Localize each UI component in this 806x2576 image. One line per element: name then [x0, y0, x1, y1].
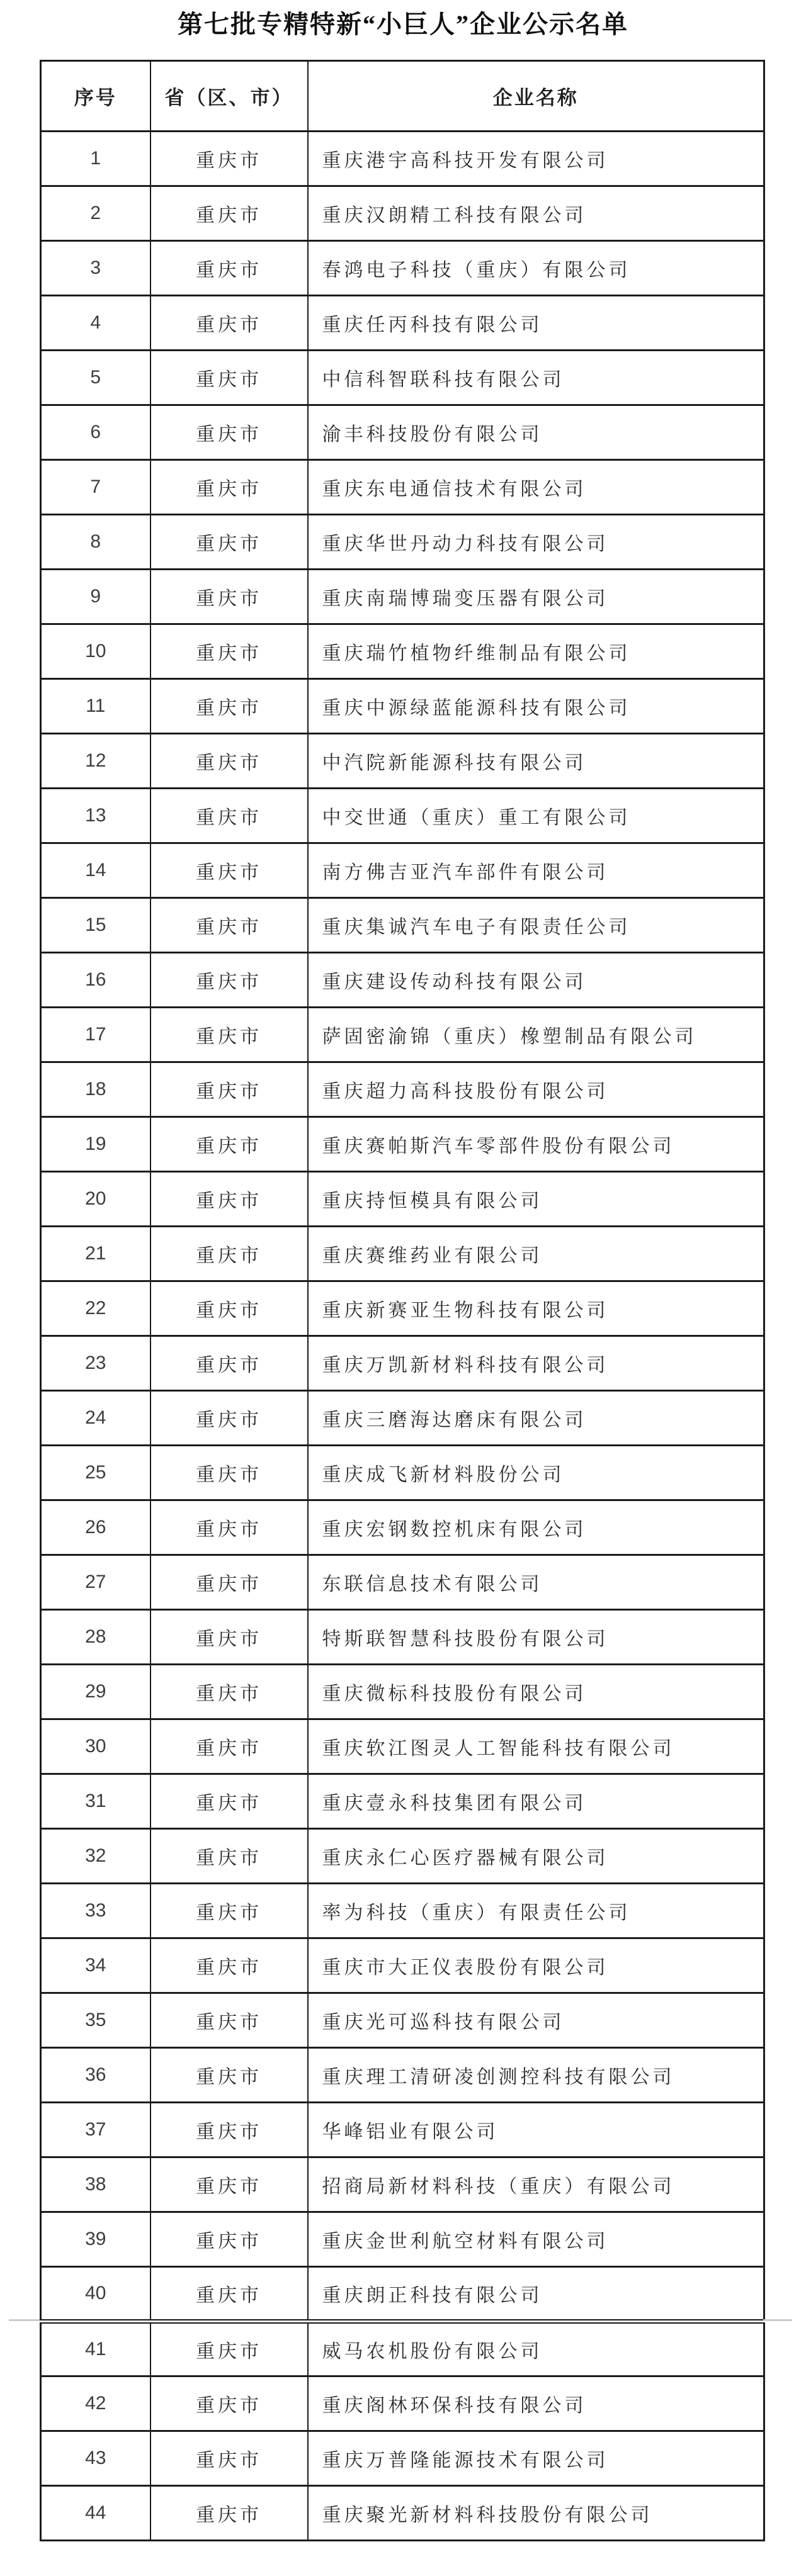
row-index-cell: 23	[41, 1336, 150, 1391]
table-row: 21重庆市重庆赛维药业有限公司	[41, 1227, 764, 1281]
row-index-cell: 26	[41, 1500, 150, 1555]
row-company-cell: 重庆港宇高科技开发有限公司	[308, 132, 764, 186]
row-province-cell: 重庆市	[150, 1117, 308, 1172]
table-row: 17重庆市萨固密渝锦（重庆）橡塑制品有限公司	[41, 1008, 764, 1062]
row-province-cell: 重庆市	[150, 132, 308, 186]
table-row: 43重庆市重庆万普隆能源技术有限公司	[41, 2431, 764, 2486]
row-index-cell: 17	[41, 1008, 150, 1062]
row-index-cell: 29	[41, 1665, 150, 1719]
row-province-cell: 重庆市	[150, 1884, 308, 1938]
row-index-cell: 41	[41, 2322, 150, 2376]
row-province-cell: 重庆市	[150, 2212, 308, 2267]
table-row: 11重庆市重庆中源绿蓝能源科技有限公司	[41, 679, 764, 734]
row-province-cell: 重庆市	[150, 1719, 308, 1774]
company-list-table: 序号 省（区、市） 企业名称 1重庆市重庆港宇高科技开发有限公司2重庆市重庆汉朗…	[40, 60, 765, 2541]
row-index-cell: 18	[41, 1062, 150, 1117]
row-company-cell: 重庆赛维药业有限公司	[308, 1227, 764, 1281]
row-company-cell: 招商局新材料科技（重庆）有限公司	[308, 2157, 764, 2212]
row-province-cell: 重庆市	[150, 1829, 308, 1884]
row-province-cell: 重庆市	[150, 2376, 308, 2431]
table-row: 8重庆市重庆华世丹动力科技有限公司	[41, 515, 764, 570]
row-company-cell: 重庆朗正科技有限公司	[308, 2267, 764, 2322]
row-index-cell: 6	[41, 405, 150, 460]
row-company-cell: 重庆华世丹动力科技有限公司	[308, 515, 764, 570]
row-province-cell: 重庆市	[150, 1008, 308, 1062]
row-province-cell: 重庆市	[150, 1446, 308, 1500]
table-row: 9重庆市重庆南瑞博瑞变压器有限公司	[41, 570, 764, 624]
row-company-cell: 重庆软江图灵人工智能科技有限公司	[308, 1719, 764, 1774]
row-company-cell: 重庆集诚汽车电子有限责任公司	[308, 898, 764, 953]
row-index-cell: 9	[41, 570, 150, 624]
table-row: 25重庆市重庆成飞新材料股份公司	[41, 1446, 764, 1500]
row-index-cell: 21	[41, 1227, 150, 1281]
table-row: 14重庆市南方佛吉亚汽车部件有限公司	[41, 843, 764, 898]
table-row: 44重庆市重庆聚光新材料科技股份有限公司	[41, 2486, 764, 2541]
row-company-cell: 重庆持恒模具有限公司	[308, 1172, 764, 1227]
row-company-cell: 重庆阁林环保科技有限公司	[308, 2376, 764, 2431]
table-row: 36重庆市重庆理工清研凌创测控科技有限公司	[41, 2048, 764, 2103]
table-row: 4重庆市重庆任丙科技有限公司	[41, 296, 764, 351]
row-province-cell: 重庆市	[150, 898, 308, 953]
table-row: 12重庆市中汽院新能源科技有限公司	[41, 734, 764, 789]
table-row: 33重庆市率为科技（重庆）有限责任公司	[41, 1884, 764, 1938]
row-index-cell: 10	[41, 624, 150, 679]
table-row: 20重庆市重庆持恒模具有限公司	[41, 1172, 764, 1227]
row-company-cell: 重庆瑞竹植物纤维制品有限公司	[308, 624, 764, 679]
row-company-cell: 重庆市大正仪表股份有限公司	[308, 1938, 764, 1993]
table-row: 41重庆市威马农机股份有限公司	[41, 2322, 764, 2376]
row-province-cell: 重庆市	[150, 2103, 308, 2157]
table-row: 27重庆市东联信息技术有限公司	[41, 1555, 764, 1610]
row-index-cell: 25	[41, 1446, 150, 1500]
row-company-cell: 东联信息技术有限公司	[308, 1555, 764, 1610]
row-province-cell: 重庆市	[150, 1555, 308, 1610]
row-index-cell: 35	[41, 1993, 150, 2048]
row-province-cell: 重庆市	[150, 624, 308, 679]
row-province-cell: 重庆市	[150, 843, 308, 898]
row-index-cell: 27	[41, 1555, 150, 1610]
table-row: 7重庆市重庆东电通信技术有限公司	[41, 460, 764, 515]
row-province-cell: 重庆市	[150, 460, 308, 515]
row-index-cell: 11	[41, 679, 150, 734]
table-row: 2重庆市重庆汉朗精工科技有限公司	[41, 186, 764, 241]
row-index-cell: 28	[41, 1610, 150, 1665]
row-province-cell: 重庆市	[150, 1774, 308, 1829]
row-province-cell: 重庆市	[150, 1227, 308, 1281]
row-province-cell: 重庆市	[150, 2431, 308, 2486]
row-province-cell: 重庆市	[150, 515, 308, 570]
row-province-cell: 重庆市	[150, 2157, 308, 2212]
row-company-cell: 重庆中源绿蓝能源科技有限公司	[308, 679, 764, 734]
page-title: 第七批专精特新“小巨人”企业公示名单	[0, 5, 806, 44]
row-company-cell: 渝丰科技股份有限公司	[308, 405, 764, 460]
row-province-cell: 重庆市	[150, 296, 308, 351]
table-row: 29重庆市重庆微标科技股份有限公司	[41, 1665, 764, 1719]
table-row: 10重庆市重庆瑞竹植物纤维制品有限公司	[41, 624, 764, 679]
row-index-cell: 4	[41, 296, 150, 351]
row-company-cell: 重庆赛帕斯汽车零部件股份有限公司	[308, 1117, 764, 1172]
table-header-row: 序号 省（区、市） 企业名称	[41, 61, 764, 132]
row-company-cell: 重庆聚光新材料科技股份有限公司	[308, 2486, 764, 2541]
row-province-cell: 重庆市	[150, 1610, 308, 1665]
table-row: 22重庆市重庆新赛亚生物科技有限公司	[41, 1281, 764, 1336]
row-company-cell: 重庆超力高科技股份有限公司	[308, 1062, 764, 1117]
row-company-cell: 重庆三磨海达磨床有限公司	[308, 1391, 764, 1446]
row-province-cell: 重庆市	[150, 241, 308, 296]
table-row: 3重庆市春鸿电子科技（重庆）有限公司	[41, 241, 764, 296]
row-index-cell: 20	[41, 1172, 150, 1227]
row-company-cell: 中汽院新能源科技有限公司	[308, 734, 764, 789]
row-company-cell: 重庆万凯新材料科技有限公司	[308, 1336, 764, 1391]
row-province-cell: 重庆市	[150, 2267, 308, 2322]
row-province-cell: 重庆市	[150, 1281, 308, 1336]
row-province-cell: 重庆市	[150, 679, 308, 734]
row-company-cell: 重庆金世利航空材料有限公司	[308, 2212, 764, 2267]
row-index-cell: 16	[41, 953, 150, 1008]
table-row: 24重庆市重庆三磨海达磨床有限公司	[41, 1391, 764, 1446]
row-company-cell: 率为科技（重庆）有限责任公司	[308, 1884, 764, 1938]
row-province-cell: 重庆市	[150, 2486, 308, 2541]
table-row: 16重庆市重庆建设传动科技有限公司	[41, 953, 764, 1008]
row-index-cell: 39	[41, 2212, 150, 2267]
row-index-cell: 36	[41, 2048, 150, 2103]
row-province-cell: 重庆市	[150, 351, 308, 405]
table-row: 23重庆市重庆万凯新材料科技有限公司	[41, 1336, 764, 1391]
row-index-cell: 8	[41, 515, 150, 570]
row-index-cell: 37	[41, 2103, 150, 2157]
row-company-cell: 重庆壹永科技集团有限公司	[308, 1774, 764, 1829]
row-index-cell: 31	[41, 1774, 150, 1829]
row-index-cell: 13	[41, 789, 150, 843]
col-header-province: 省（区、市）	[150, 61, 308, 132]
row-index-cell: 38	[41, 2157, 150, 2212]
row-company-cell: 南方佛吉亚汽车部件有限公司	[308, 843, 764, 898]
row-company-cell: 萨固密渝锦（重庆）橡塑制品有限公司	[308, 1008, 764, 1062]
row-company-cell: 重庆成飞新材料股份公司	[308, 1446, 764, 1500]
row-company-cell: 重庆理工清研凌创测控科技有限公司	[308, 2048, 764, 2103]
row-index-cell: 3	[41, 241, 150, 296]
row-index-cell: 30	[41, 1719, 150, 1774]
row-index-cell: 7	[41, 460, 150, 515]
row-company-cell: 重庆微标科技股份有限公司	[308, 1665, 764, 1719]
row-province-cell: 重庆市	[150, 1062, 308, 1117]
table-row: 31重庆市重庆壹永科技集团有限公司	[41, 1774, 764, 1829]
row-company-cell: 特斯联智慧科技股份有限公司	[308, 1610, 764, 1665]
row-province-cell: 重庆市	[150, 2048, 308, 2103]
row-province-cell: 重庆市	[150, 1993, 308, 2048]
row-province-cell: 重庆市	[150, 1391, 308, 1446]
row-province-cell: 重庆市	[150, 186, 308, 241]
row-company-cell: 重庆宏钢数控机床有限公司	[308, 1500, 764, 1555]
row-index-cell: 24	[41, 1391, 150, 1446]
row-company-cell: 春鸿电子科技（重庆）有限公司	[308, 241, 764, 296]
row-company-cell: 中信科智联科技有限公司	[308, 351, 764, 405]
row-province-cell: 重庆市	[150, 953, 308, 1008]
row-index-cell: 42	[41, 2376, 150, 2431]
table-row: 32重庆市重庆永仁心医疗器械有限公司	[41, 1829, 764, 1884]
table-row: 30重庆市重庆软江图灵人工智能科技有限公司	[41, 1719, 764, 1774]
table-row: 19重庆市重庆赛帕斯汽车零部件股份有限公司	[41, 1117, 764, 1172]
row-index-cell: 32	[41, 1829, 150, 1884]
row-index-cell: 19	[41, 1117, 150, 1172]
row-index-cell: 5	[41, 351, 150, 405]
row-company-cell: 华峰铝业有限公司	[308, 2103, 764, 2157]
col-header-company: 企业名称	[308, 61, 764, 132]
row-company-cell: 重庆任丙科技有限公司	[308, 296, 764, 351]
row-company-cell: 重庆永仁心医疗器械有限公司	[308, 1829, 764, 1884]
table-row: 37重庆市华峰铝业有限公司	[41, 2103, 764, 2157]
row-province-cell: 重庆市	[150, 405, 308, 460]
row-company-cell: 重庆新赛亚生物科技有限公司	[308, 1281, 764, 1336]
row-index-cell: 34	[41, 1938, 150, 1993]
table-row: 13重庆市中交世通（重庆）重工有限公司	[41, 789, 764, 843]
row-province-cell: 重庆市	[150, 2322, 308, 2376]
row-index-cell: 1	[41, 132, 150, 186]
table-row: 39重庆市重庆金世利航空材料有限公司	[41, 2212, 764, 2267]
table-row: 38重庆市招商局新材料科技（重庆）有限公司	[41, 2157, 764, 2212]
table-row: 35重庆市重庆光可巡科技有限公司	[41, 1993, 764, 2048]
page-break-line-left	[9, 2319, 40, 2321]
row-company-cell: 重庆万普隆能源技术有限公司	[308, 2431, 764, 2486]
row-company-cell: 重庆东电通信技术有限公司	[308, 460, 764, 515]
row-company-cell: 重庆汉朗精工科技有限公司	[308, 186, 764, 241]
table-row: 18重庆市重庆超力高科技股份有限公司	[41, 1062, 764, 1117]
row-province-cell: 重庆市	[150, 1938, 308, 1993]
row-index-cell: 2	[41, 186, 150, 241]
table-row: 34重庆市重庆市大正仪表股份有限公司	[41, 1938, 764, 1993]
row-province-cell: 重庆市	[150, 734, 308, 789]
row-province-cell: 重庆市	[150, 1500, 308, 1555]
table-row: 42重庆市重庆阁林环保科技有限公司	[41, 2376, 764, 2431]
document-page: { "title": "第七批专精特新“小巨人”企业公示名单", "table"…	[0, 0, 806, 2576]
table-row: 40重庆市重庆朗正科技有限公司	[41, 2267, 764, 2322]
table-row: 1重庆市重庆港宇高科技开发有限公司	[41, 132, 764, 186]
row-province-cell: 重庆市	[150, 570, 308, 624]
table-row: 15重庆市重庆集诚汽车电子有限责任公司	[41, 898, 764, 953]
row-index-cell: 44	[41, 2486, 150, 2541]
page-break-line-right	[763, 2319, 792, 2321]
row-company-cell: 重庆南瑞博瑞变压器有限公司	[308, 570, 764, 624]
row-index-cell: 12	[41, 734, 150, 789]
row-index-cell: 22	[41, 1281, 150, 1336]
row-company-cell: 威马农机股份有限公司	[308, 2322, 764, 2376]
table-row: 26重庆市重庆宏钢数控机床有限公司	[41, 1500, 764, 1555]
row-index-cell: 15	[41, 898, 150, 953]
row-province-cell: 重庆市	[150, 789, 308, 843]
table-row: 5重庆市中信科智联科技有限公司	[41, 351, 764, 405]
table-row: 6重庆市渝丰科技股份有限公司	[41, 405, 764, 460]
row-company-cell: 重庆光可巡科技有限公司	[308, 1993, 764, 2048]
row-index-cell: 40	[41, 2267, 150, 2322]
row-province-cell: 重庆市	[150, 1336, 308, 1391]
row-company-cell: 重庆建设传动科技有限公司	[308, 953, 764, 1008]
col-header-index: 序号	[41, 61, 150, 132]
row-index-cell: 33	[41, 1884, 150, 1938]
row-province-cell: 重庆市	[150, 1665, 308, 1719]
row-company-cell: 中交世通（重庆）重工有限公司	[308, 789, 764, 843]
table-body: 1重庆市重庆港宇高科技开发有限公司2重庆市重庆汉朗精工科技有限公司3重庆市春鸿电…	[41, 132, 764, 2541]
row-index-cell: 43	[41, 2431, 150, 2486]
row-province-cell: 重庆市	[150, 1172, 308, 1227]
table-row: 28重庆市特斯联智慧科技股份有限公司	[41, 1610, 764, 1665]
row-index-cell: 14	[41, 843, 150, 898]
